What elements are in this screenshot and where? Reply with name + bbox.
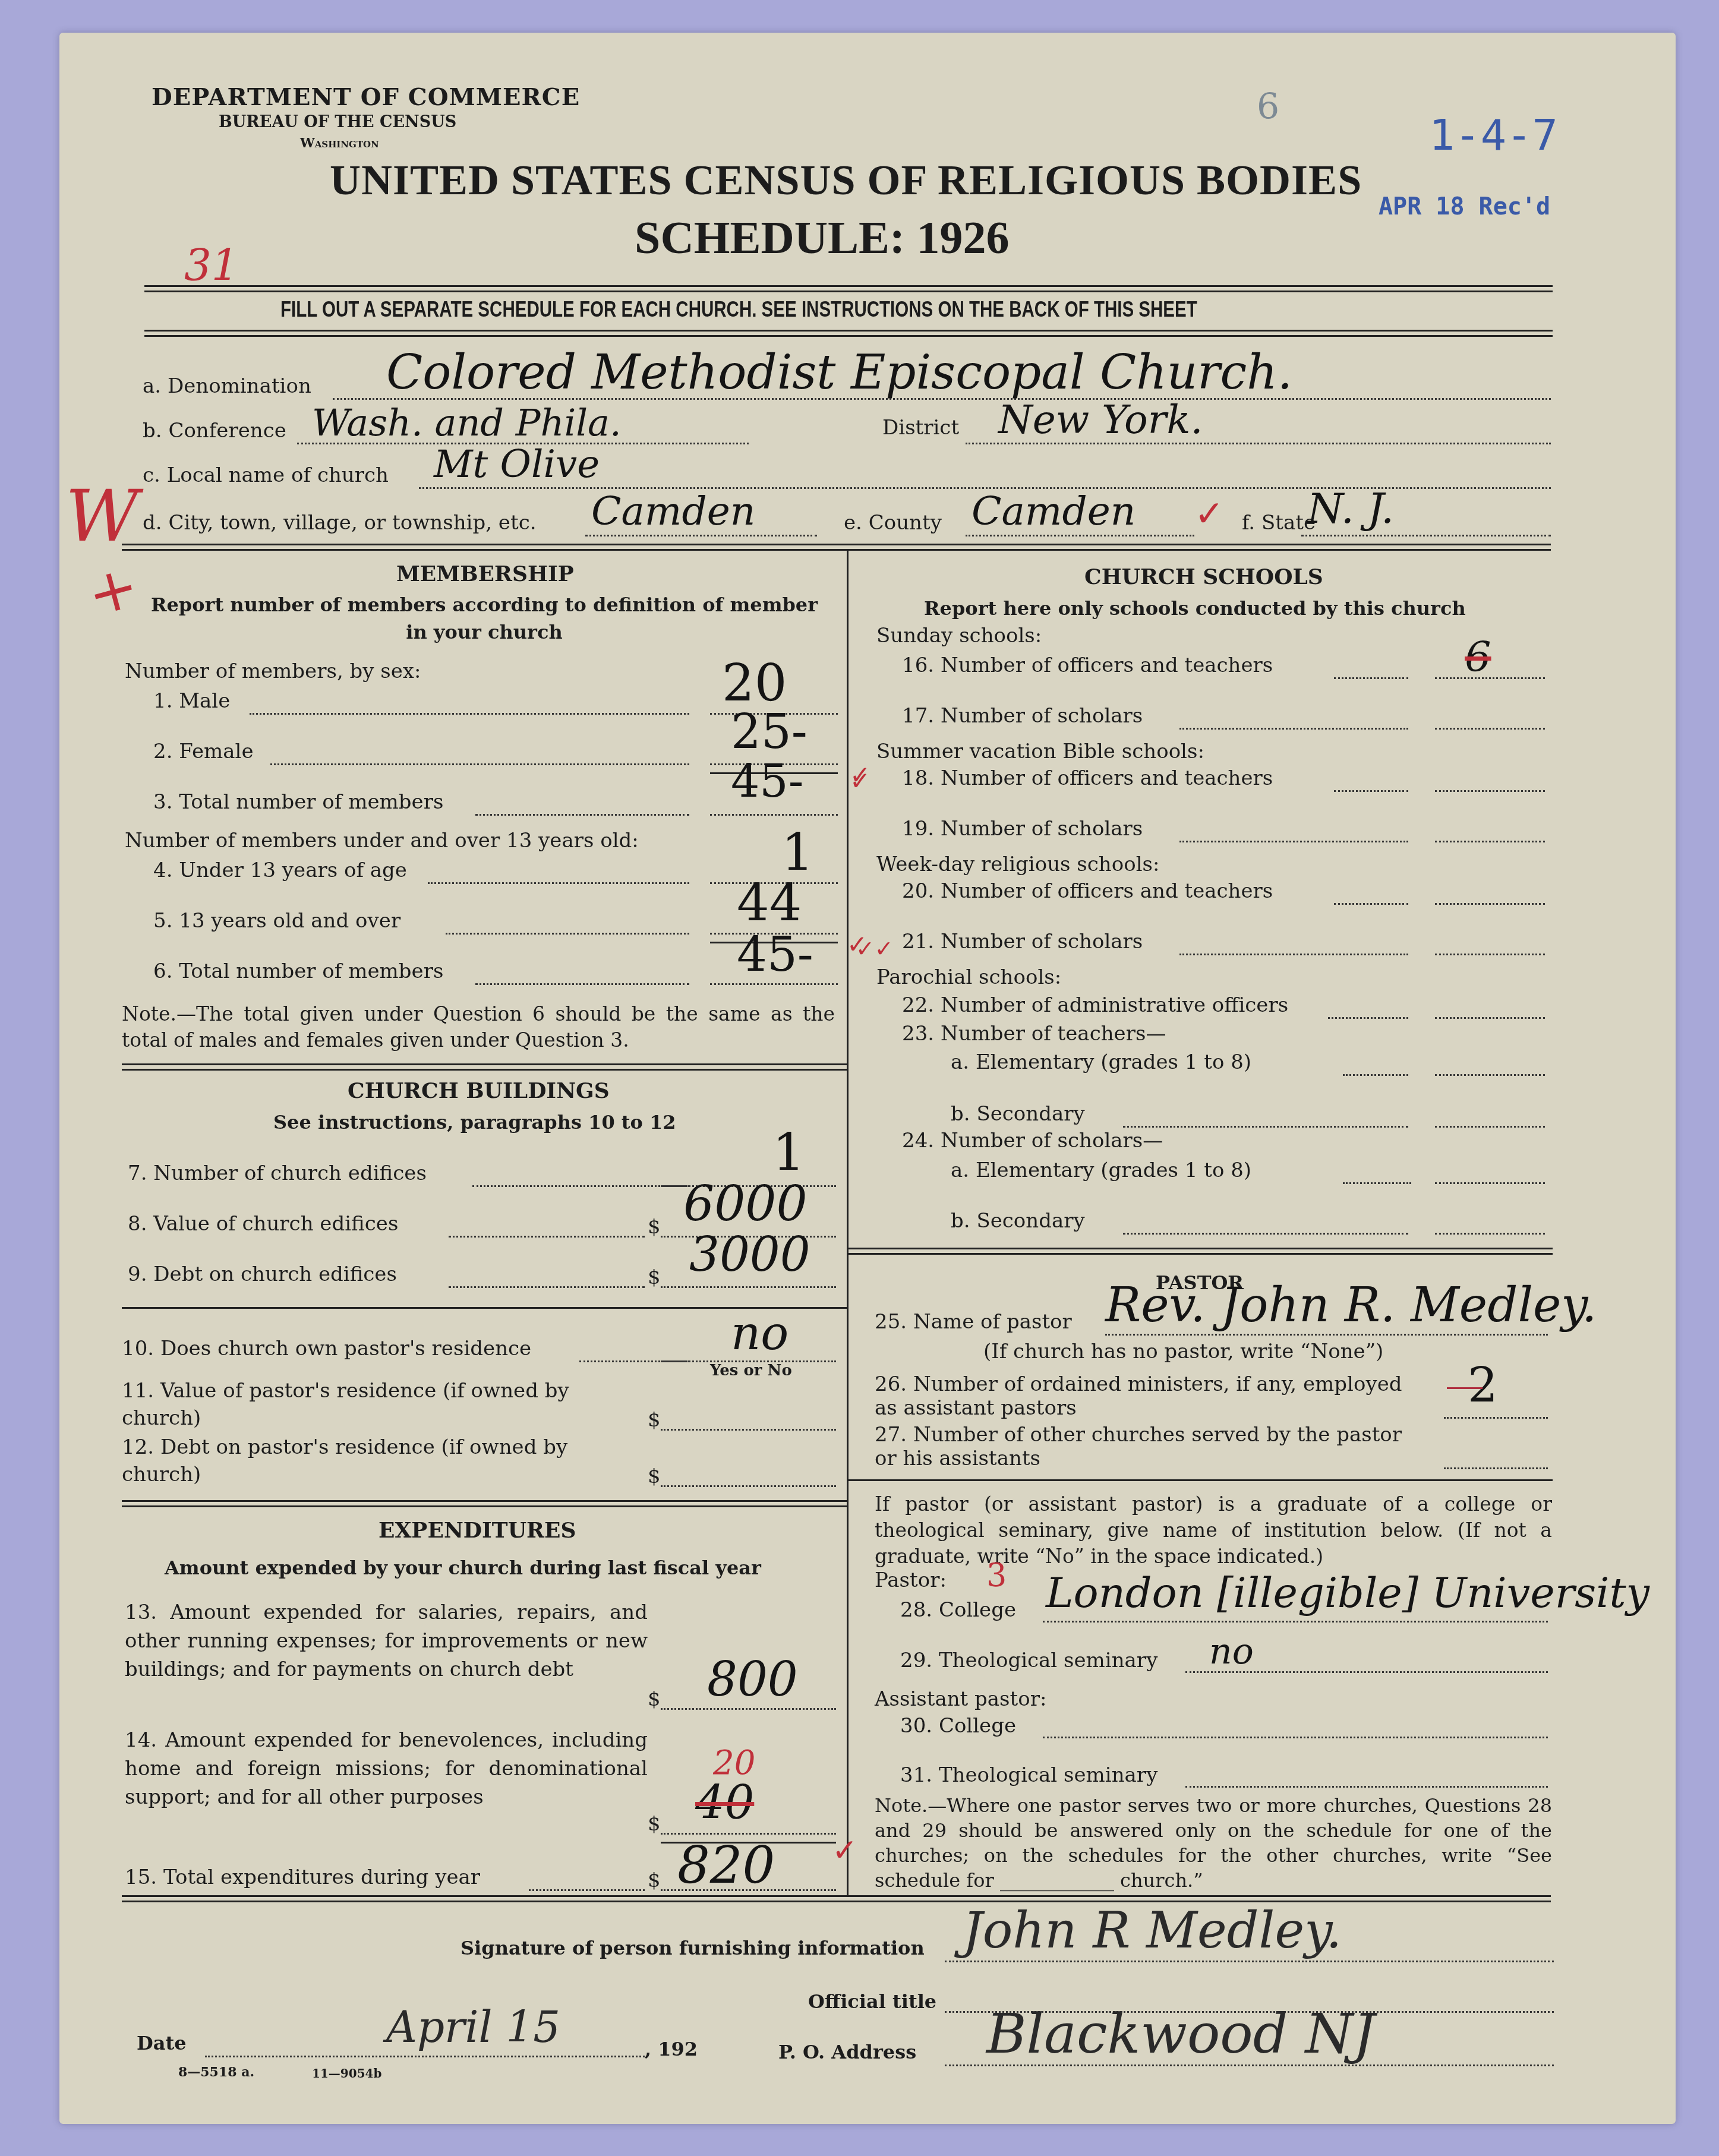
yes-or-no-hint: Yes or No xyxy=(710,1362,792,1380)
leader-dots xyxy=(449,1286,645,1288)
residence-debt-label: 12. Debt on pastor's residence (if owned… xyxy=(122,1434,645,1488)
weekday-scholars-field[interactable] xyxy=(1435,954,1545,955)
signature-value: John R Medley. xyxy=(963,1901,1342,1959)
weekday-officers-field[interactable] xyxy=(1435,903,1545,905)
edifices-value-label: 8. Value of church edifices xyxy=(128,1212,398,1236)
seminary-label: 29. Theological seminary xyxy=(900,1649,1157,1672)
dollar-sign: $ xyxy=(648,1868,661,1892)
running-expenses-field[interactable] xyxy=(661,1708,836,1710)
total-members-6-field[interactable] xyxy=(710,983,838,985)
local-name-label: c. Local name of church xyxy=(143,463,389,487)
other-churches-label: 27. Number of other churches served by t… xyxy=(875,1423,1415,1470)
pastor-name-value: Rev. John R. Medley. xyxy=(1105,1277,1597,1333)
teachers-secondary-label: b. Secondary xyxy=(951,1102,1085,1126)
leader-dots xyxy=(1123,1233,1408,1235)
leader-dots xyxy=(1179,841,1408,842)
asst-college-label: 30. College xyxy=(900,1714,1016,1738)
pencil-number: 6 xyxy=(1257,86,1279,128)
teachers-heading: 23. Number of teachers— xyxy=(902,1022,1166,1046)
city-value: Camden xyxy=(591,488,755,534)
leader-dots xyxy=(446,933,689,935)
total-members-6-value: 45- xyxy=(737,927,813,982)
state-field[interactable] xyxy=(1301,535,1551,536)
college-value: London [illegible] University xyxy=(1046,1568,1649,1617)
print-code: 11—9054b xyxy=(312,2066,381,2081)
state-value: N. J. xyxy=(1307,484,1394,533)
form-subtitle: SCHEDULE: 1926 xyxy=(635,211,1010,264)
scholars-heading: 24. Number of scholars— xyxy=(902,1129,1163,1153)
pastor-name-hint: (If church has no pastor, write “None”) xyxy=(983,1340,1383,1363)
district-value: New York. xyxy=(998,397,1203,443)
district-label: District xyxy=(882,416,959,440)
red-annotation: 31 xyxy=(184,241,239,291)
district-field[interactable] xyxy=(966,443,1551,444)
leader-dots xyxy=(472,1185,689,1187)
form-number: 8—5518 a. xyxy=(178,2065,254,2080)
divider xyxy=(144,285,1553,287)
divider xyxy=(122,1500,847,1502)
po-address-label: P. O. Address xyxy=(778,2041,916,2063)
leader-dots xyxy=(1343,1182,1411,1184)
running-expenses-label: 13. Amount expended for salaries, repair… xyxy=(125,1598,648,1684)
red-checkmark-icon: ✓ xyxy=(850,760,870,790)
red-checkmark-icon: ✓ xyxy=(1194,493,1224,535)
total-members-field[interactable] xyxy=(710,814,838,816)
instruction-banner: FILL OUT A SEPARATE SCHEDULE FOR EACH CH… xyxy=(280,297,1197,322)
asst-seminary-label: 31. Theological seminary xyxy=(900,1763,1157,1787)
margin-red-mark: W xyxy=(65,475,138,558)
dollar-sign: $ xyxy=(648,1408,661,1432)
college-field[interactable] xyxy=(1043,1621,1548,1622)
po-address-value: Blackwood NJ xyxy=(986,2002,1375,2066)
female-label: 2. Female xyxy=(153,740,254,763)
under-13-label: 4. Under 13 years of age xyxy=(153,858,407,882)
summer-officers-label: 18. Number of officers and teachers xyxy=(902,766,1273,790)
county-label: e. County xyxy=(844,511,942,535)
teachers-elementary-field[interactable] xyxy=(1435,1074,1545,1076)
leader-dots xyxy=(1343,1074,1408,1076)
membership-subtitle: Report number of members according to de… xyxy=(149,591,820,646)
weekday-schools-label: Week-day religious schools: xyxy=(876,853,1159,876)
city-field[interactable] xyxy=(585,535,817,536)
total-expenditures-value: 820 xyxy=(677,1836,775,1895)
form-title: UNITED STATES CENSUS OF RELIGIOUS BODIES xyxy=(330,156,1362,205)
summer-officers-field[interactable] xyxy=(1435,790,1545,792)
received-stamp: APR 18 Rec'd xyxy=(1379,193,1550,220)
leader-dots xyxy=(1179,728,1408,730)
asst-college-field[interactable] xyxy=(1043,1737,1548,1738)
admin-officers-field[interactable] xyxy=(1435,1017,1545,1019)
pastor-red-mark: 3 xyxy=(986,1557,1007,1594)
column-divider xyxy=(847,550,849,1895)
leader-dots xyxy=(428,882,689,884)
sunday-officers-value: 6 xyxy=(1465,633,1491,681)
benevolences-value: 40 xyxy=(695,1776,754,1830)
county-value: Camden xyxy=(972,488,1136,534)
red-checkmark-icon: ✓ xyxy=(832,1833,858,1868)
church-schools-subtitle: Report here only schools conducted by th… xyxy=(924,597,1466,620)
total-expenditures-label: 15. Total expenditures during year xyxy=(125,1865,480,1889)
total-members-6-label: 6. Total number of members xyxy=(153,959,443,983)
leader-dots xyxy=(475,983,689,985)
male-label: 1. Male xyxy=(153,689,230,713)
edifices-debt-field[interactable] xyxy=(661,1286,836,1288)
conference-value: Wash. and Phila. xyxy=(312,401,622,444)
residence-value-label: 11. Value of pastor's residence (if owne… xyxy=(122,1377,645,1432)
total-members-label: 3. Total number of members xyxy=(153,790,443,814)
pastor-name-label: 25. Name of pastor xyxy=(875,1310,1072,1334)
weekday-scholars-label: 21. Number of scholars xyxy=(902,930,1143,954)
denomination-value: Colored Methodist Episcopal Church. xyxy=(386,345,1292,400)
scholars-secondary-field[interactable] xyxy=(1435,1233,1545,1235)
owns-residence-label: 10. Does church own pastor's residence xyxy=(122,1337,531,1360)
scholars-elementary-field[interactable] xyxy=(1435,1182,1545,1184)
date-label: Date xyxy=(137,2032,187,2054)
residence-value-field[interactable] xyxy=(661,1429,836,1431)
red-underline xyxy=(1447,1387,1483,1389)
edifices-value-value: 6000 xyxy=(683,1176,808,1233)
church-schools-title: CHURCH SCHOOLS xyxy=(1084,564,1323,589)
leader-dots xyxy=(1334,677,1408,679)
church-buildings-subtitle: See instructions, paragraphs 10 to 12 xyxy=(273,1111,676,1134)
red-double-checkmark-icon: ✓✓ xyxy=(856,936,894,962)
sunday-scholars-field[interactable] xyxy=(1435,728,1545,730)
scholars-secondary-label: b. Secondary xyxy=(951,1209,1085,1233)
benevolences-correction: 20 xyxy=(713,1744,755,1782)
divider xyxy=(849,1248,1553,1249)
official-title-label: Official title xyxy=(808,1990,936,2013)
summer-schools-label: Summer vacation Bible schools: xyxy=(876,740,1204,763)
leader-dots xyxy=(250,713,689,715)
pastor-note: Note.—Where one pastor serves two or mor… xyxy=(875,1793,1552,1893)
expenditures-subtitle: Amount expended by your church during la… xyxy=(165,1557,761,1579)
scholars-elementary-label: a. Elementary (grades 1 to 8) xyxy=(951,1159,1251,1182)
signature-label: Signature of person furnishing informati… xyxy=(460,1937,925,1959)
graduate-instructions: If pastor (or assistant pastor) is a gra… xyxy=(875,1491,1552,1570)
dollar-sign: $ xyxy=(648,1812,661,1836)
college-label: 28. College xyxy=(900,1598,1016,1622)
expenditures-title: EXPENDITURES xyxy=(379,1518,576,1543)
seminary-value: no xyxy=(1209,1631,1254,1672)
asst-seminary-field[interactable] xyxy=(1185,1786,1548,1788)
sunday-schools-label: Sunday schools: xyxy=(876,624,1042,648)
city-label: d. City, town, village, or township, etc… xyxy=(143,511,537,535)
divider xyxy=(122,544,1551,545)
leader-dots xyxy=(270,763,689,765)
divider xyxy=(144,330,1553,332)
county-field[interactable] xyxy=(966,535,1194,536)
membership-title: MEMBERSHIP xyxy=(396,561,574,586)
summer-scholars-field[interactable] xyxy=(1435,841,1545,842)
denomination-label: a. Denomination xyxy=(143,374,311,398)
dollar-sign: $ xyxy=(648,1265,661,1289)
total-members-value: 45- xyxy=(731,755,803,807)
dollar-sign: $ xyxy=(648,1464,661,1488)
leader-dots xyxy=(1334,790,1408,792)
assistant-pastor-subheading: Assistant pastor: xyxy=(875,1687,1046,1711)
sunday-officers-label: 16. Number of officers and teachers xyxy=(902,654,1273,677)
edifices-debt-value: 3000 xyxy=(689,1227,810,1282)
running-expenses-value: 800 xyxy=(707,1652,798,1707)
local-name-value: Mt Olive xyxy=(434,443,600,487)
date-field[interactable] xyxy=(205,2056,648,2057)
owns-residence-value: no xyxy=(731,1307,788,1360)
weekday-officers-label: 20. Number of officers and teachers xyxy=(902,879,1273,903)
state-label: f. State xyxy=(1242,511,1316,535)
leader-dots xyxy=(1123,1126,1408,1128)
leader-dots xyxy=(1334,903,1408,905)
female-value: 25- xyxy=(731,704,808,759)
church-buildings-title: CHURCH BUILDINGS xyxy=(348,1078,610,1103)
divider xyxy=(122,1063,847,1065)
membership-note: Note.—The total given under Question 6 s… xyxy=(122,1001,835,1053)
pastor-name-field[interactable] xyxy=(1105,1334,1548,1336)
leader-dots xyxy=(1328,1017,1408,1019)
other-churches-field[interactable] xyxy=(1444,1467,1548,1469)
members-by-sex-label: Number of members, by sex: xyxy=(125,659,421,683)
benevolences-label: 14. Amount expended for benevolences, in… xyxy=(125,1726,648,1811)
admin-officers-label: 22. Number of administrative officers xyxy=(902,993,1288,1017)
sunday-scholars-label: 17. Number of scholars xyxy=(902,704,1143,728)
divider xyxy=(122,1895,1551,1897)
leader-dots xyxy=(1179,954,1408,955)
benevolences-field[interactable] xyxy=(661,1833,836,1835)
over-13-value: 44 xyxy=(737,873,802,933)
leader-dots xyxy=(475,814,689,816)
parochial-schools-label: Parochial schools: xyxy=(876,965,1061,989)
edifices-debt-label: 9. Debt on church edifices xyxy=(128,1262,397,1286)
conference-label: b. Conference xyxy=(143,419,286,443)
stamp-number: 1-4-7 xyxy=(1429,110,1558,160)
signature-field[interactable] xyxy=(945,1961,1554,1962)
city-heading: Washington xyxy=(300,135,379,151)
over-13-label: 5. 13 years old and over xyxy=(153,909,400,933)
leader-dots xyxy=(449,1236,645,1238)
summer-scholars-label: 19. Number of scholars xyxy=(902,817,1143,841)
date-value: April 15 xyxy=(386,2002,560,2052)
teachers-secondary-field[interactable] xyxy=(1435,1126,1545,1128)
divider xyxy=(849,1479,1553,1481)
bureau-heading: BUREAU OF THE CENSUS xyxy=(219,113,456,131)
edifices-count-label: 7. Number of church edifices xyxy=(128,1161,427,1185)
department-heading: DEPARTMENT OF COMMERCE xyxy=(152,83,580,111)
assistant-pastors-value: 2 xyxy=(1468,1358,1498,1413)
date-year-suffix: , 192 xyxy=(645,2038,698,2060)
dollar-sign: $ xyxy=(648,1215,661,1239)
residence-debt-field[interactable] xyxy=(661,1485,836,1487)
leader-dots xyxy=(529,1889,645,1891)
assistant-pastors-label: 26. Number of ordained ministers, if any… xyxy=(875,1372,1415,1420)
teachers-elementary-label: a. Elementary (grades 1 to 8) xyxy=(951,1050,1251,1074)
assistant-pastors-field[interactable] xyxy=(1444,1417,1548,1419)
dollar-sign: $ xyxy=(648,1687,661,1711)
pastor-subheading: Pastor: xyxy=(875,1568,947,1592)
edifices-count-value: 1 xyxy=(772,1123,805,1182)
members-by-age-label: Number of members under and over 13 year… xyxy=(125,829,639,853)
